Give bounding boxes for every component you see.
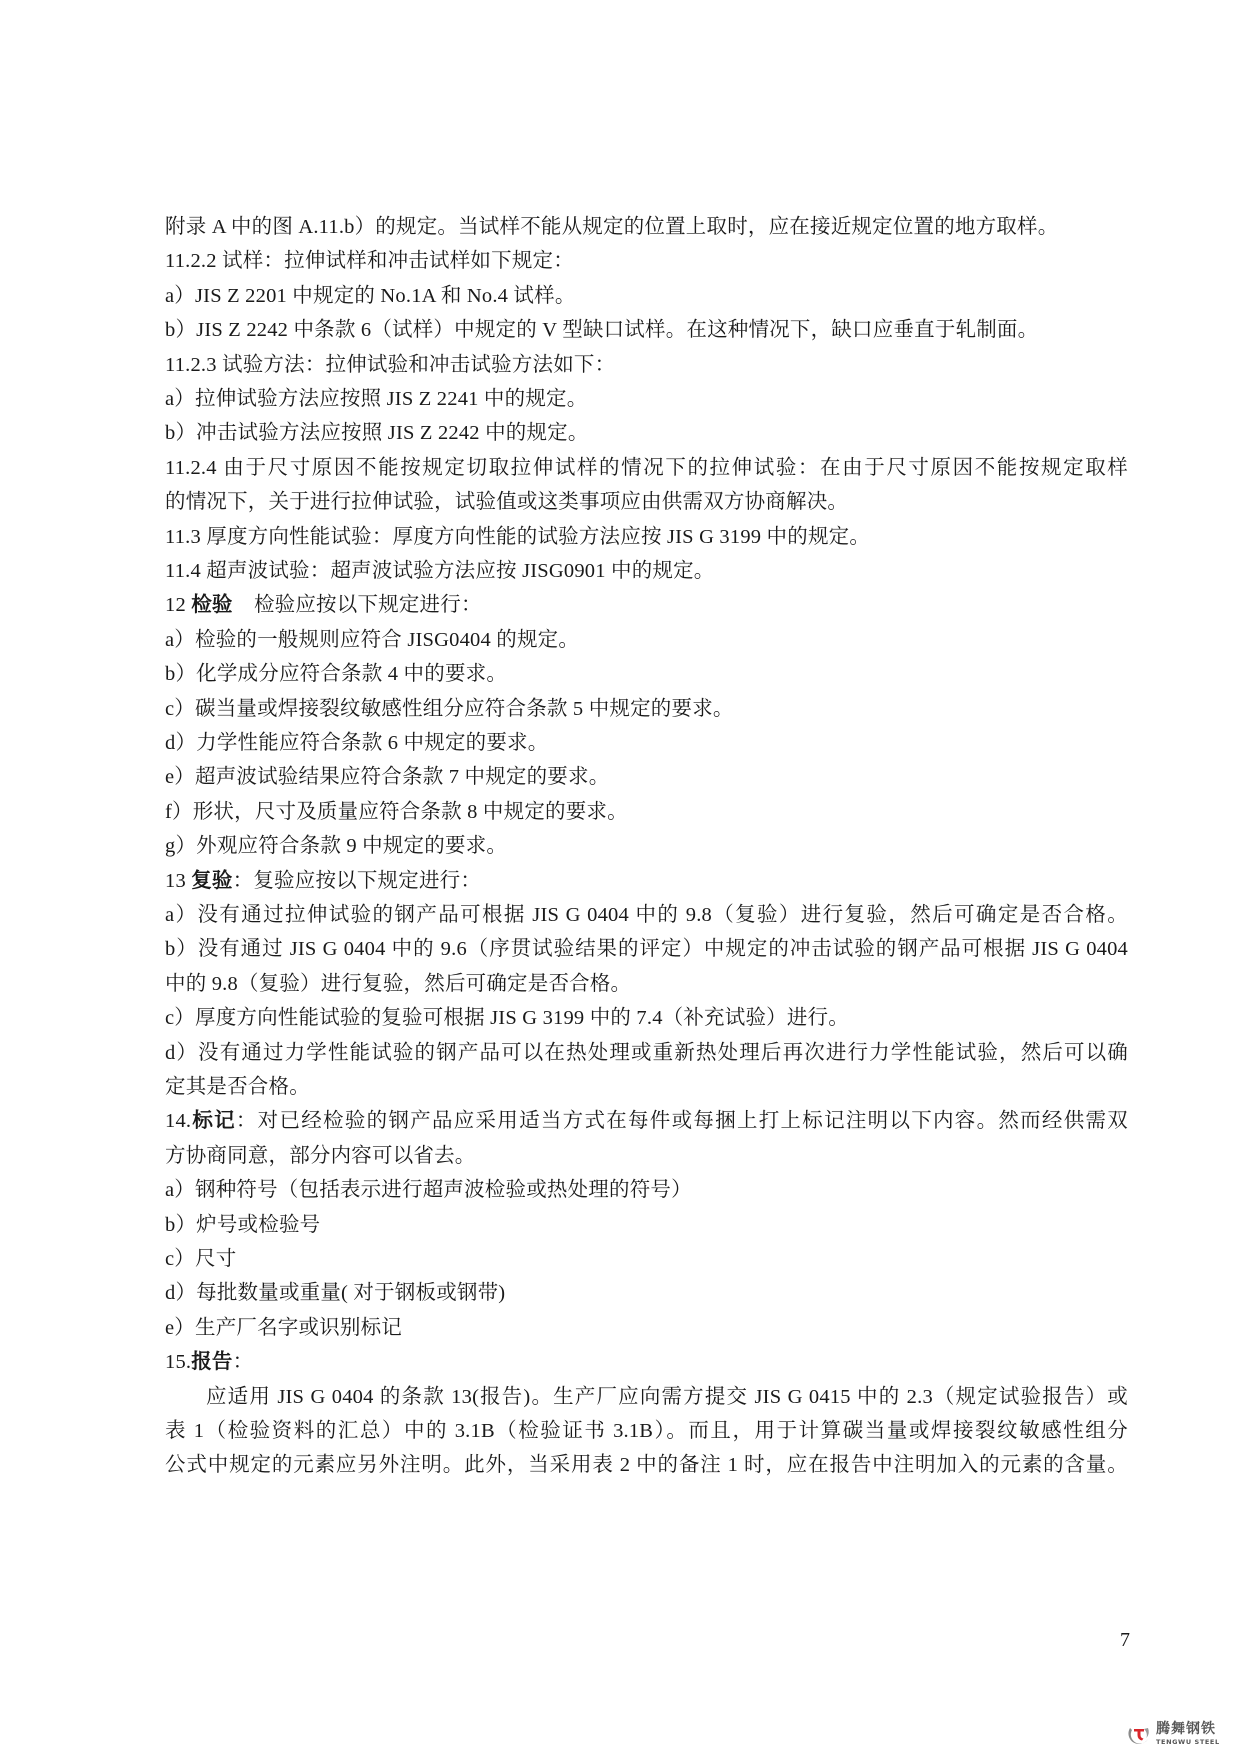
section-11-3: 11.3 厚度方向性能试验：厚度方向性能的试验方法应按 JIS G 3199 中… bbox=[165, 520, 870, 554]
list-item: a）拉伸试验方法应按照 JIS Z 2241 中的规定。 bbox=[165, 382, 587, 416]
list-item: e）生产厂名字或识别标记 bbox=[165, 1311, 402, 1345]
paragraph-line: 方协商同意，部分内容可以省去。 bbox=[165, 1139, 476, 1173]
section-11-4: 11.4 超声波试验：超声波试验方法应按 JISG0901 中的规定。 bbox=[165, 554, 715, 588]
list-item: d）没有通过力学性能试验的钢产品可以在热处理或重新热处理后再次进行力学性能试验，… bbox=[165, 1036, 1128, 1070]
paragraph-line: 的情况下，关于进行拉伸试验，试验值或这类事项应由供需双方协商解决。 bbox=[165, 485, 848, 519]
section-15-heading: 15.报告： bbox=[165, 1345, 253, 1379]
list-item: d）每批数量或重量( 对于钢板或钢带) bbox=[165, 1276, 505, 1310]
tengwu-logo-icon bbox=[1127, 1722, 1151, 1746]
section-text: ：复验应按以下规定进行： bbox=[233, 870, 481, 892]
list-item: c）碳当量或焊接裂纹敏感性组分应符合条款 5 中规定的要求。 bbox=[165, 692, 734, 726]
section-title: 检验 bbox=[191, 594, 232, 616]
list-item: b）JIS Z 2242 中条款 6（试样）中规定的 V 型缺口试样。在这种情况… bbox=[165, 313, 1038, 347]
section-13-heading: 13 复验：复验应按以下规定进行： bbox=[165, 864, 481, 898]
list-item: c）尺寸 bbox=[165, 1242, 236, 1276]
section-number: 14. bbox=[165, 1110, 191, 1132]
list-item: d）力学性能应符合条款 6 中规定的要求。 bbox=[165, 726, 548, 760]
paragraph-line: 定其是否合格。 bbox=[165, 1070, 310, 1104]
paragraph-line: 应适用 JIS G 0404 的条款 13(报告)。生产厂应向需方提交 JIS … bbox=[165, 1380, 1128, 1414]
list-item: b）没有通过 JIS G 0404 中的 9.6（序贯试验结果的评定）中规定的冲… bbox=[165, 932, 1128, 966]
section-title: 报告 bbox=[191, 1351, 232, 1373]
list-item: a）JIS Z 2201 中规定的 No.1A 和 No.4 试样。 bbox=[165, 279, 576, 313]
logo-name-en: TENGWU STEEL bbox=[1156, 1738, 1220, 1746]
section-text: 检验应按以下规定进行： bbox=[233, 594, 482, 616]
section-text: ： bbox=[233, 1351, 254, 1373]
section-number: 12 bbox=[165, 594, 191, 616]
list-item: c）厚度方向性能试验的复验可根据 JIS G 3199 中的 7.4（补充试验）… bbox=[165, 1001, 849, 1035]
paragraph-line: 中的 9.8（复验）进行复验，然后可确定是否合格。 bbox=[165, 967, 631, 1001]
list-item: g）外观应符合条款 9 中规定的要求。 bbox=[165, 829, 507, 863]
section-number: 13 bbox=[165, 870, 191, 892]
section-title: 复验 bbox=[191, 870, 232, 892]
list-item: a）没有通过拉伸试验的钢产品可根据 JIS G 0404 中的 9.8（复验）进… bbox=[165, 898, 1128, 932]
section-12-heading: 12 检验 检验应按以下规定进行： bbox=[165, 588, 482, 622]
section-text: ：对已经检验的钢产品应采用适当方式在每件或每捆上打上标记注明以下内容。然而经供需… bbox=[236, 1110, 1128, 1132]
company-logo: 腾舞钢铁 TENGWU STEEL bbox=[1127, 1721, 1237, 1749]
section-11-2-4: 11.2.4 由于尺寸原因不能按规定切取拉伸试样的情况下的拉伸试验：在由于尺寸原… bbox=[165, 451, 1128, 485]
paragraph-line: 公式中规定的元素应另外注明。此外，当采用表 2 中的备注 1 时，应在报告中注明… bbox=[165, 1448, 1128, 1482]
logo-name-cn: 腾舞钢铁 bbox=[1156, 1721, 1216, 1738]
document-page: 附录 A 中的图 A.11.b）的规定。当试样不能从规定的位置上取时，应在接近规… bbox=[0, 0, 1240, 1754]
section-14-heading: 14.标记：对已经检验的钢产品应采用适当方式在每件或每捆上打上标记注明以下内容。… bbox=[165, 1104, 1128, 1138]
page-number: 7 bbox=[1120, 1626, 1130, 1654]
section-title: 标记 bbox=[191, 1110, 236, 1132]
list-item: b）化学成分应符合条款 4 中的要求。 bbox=[165, 657, 507, 691]
list-item: a）检验的一般规则应符合 JISG0404 的规定。 bbox=[165, 623, 579, 657]
list-item: b）炉号或检验号 bbox=[165, 1208, 320, 1242]
list-item: e）超声波试验结果应符合条款 7 中规定的要求。 bbox=[165, 760, 609, 794]
section-number: 15. bbox=[165, 1351, 191, 1373]
list-item: b）冲击试验方法应按照 JIS Z 2242 中的规定。 bbox=[165, 416, 589, 450]
section-11-2-2: 11.2.2 试样：拉伸试样和冲击试样如下规定： bbox=[165, 244, 574, 278]
paragraph-line: 附录 A 中的图 A.11.b）的规定。当试样不能从规定的位置上取时，应在接近规… bbox=[165, 210, 1058, 244]
list-item: f）形状，尺寸及质量应符合条款 8 中规定的要求。 bbox=[165, 795, 628, 829]
section-11-2-3: 11.2.3 试验方法：拉伸试验和冲击试验方法如下： bbox=[165, 348, 615, 382]
paragraph-line: 表 1（检验资料的汇总）中的 3.1B（检验证书 3.1B）。而且，用于计算碳当… bbox=[165, 1414, 1128, 1448]
list-item: a）钢种符号（包括表示进行超声波检验或热处理的符号） bbox=[165, 1173, 692, 1207]
